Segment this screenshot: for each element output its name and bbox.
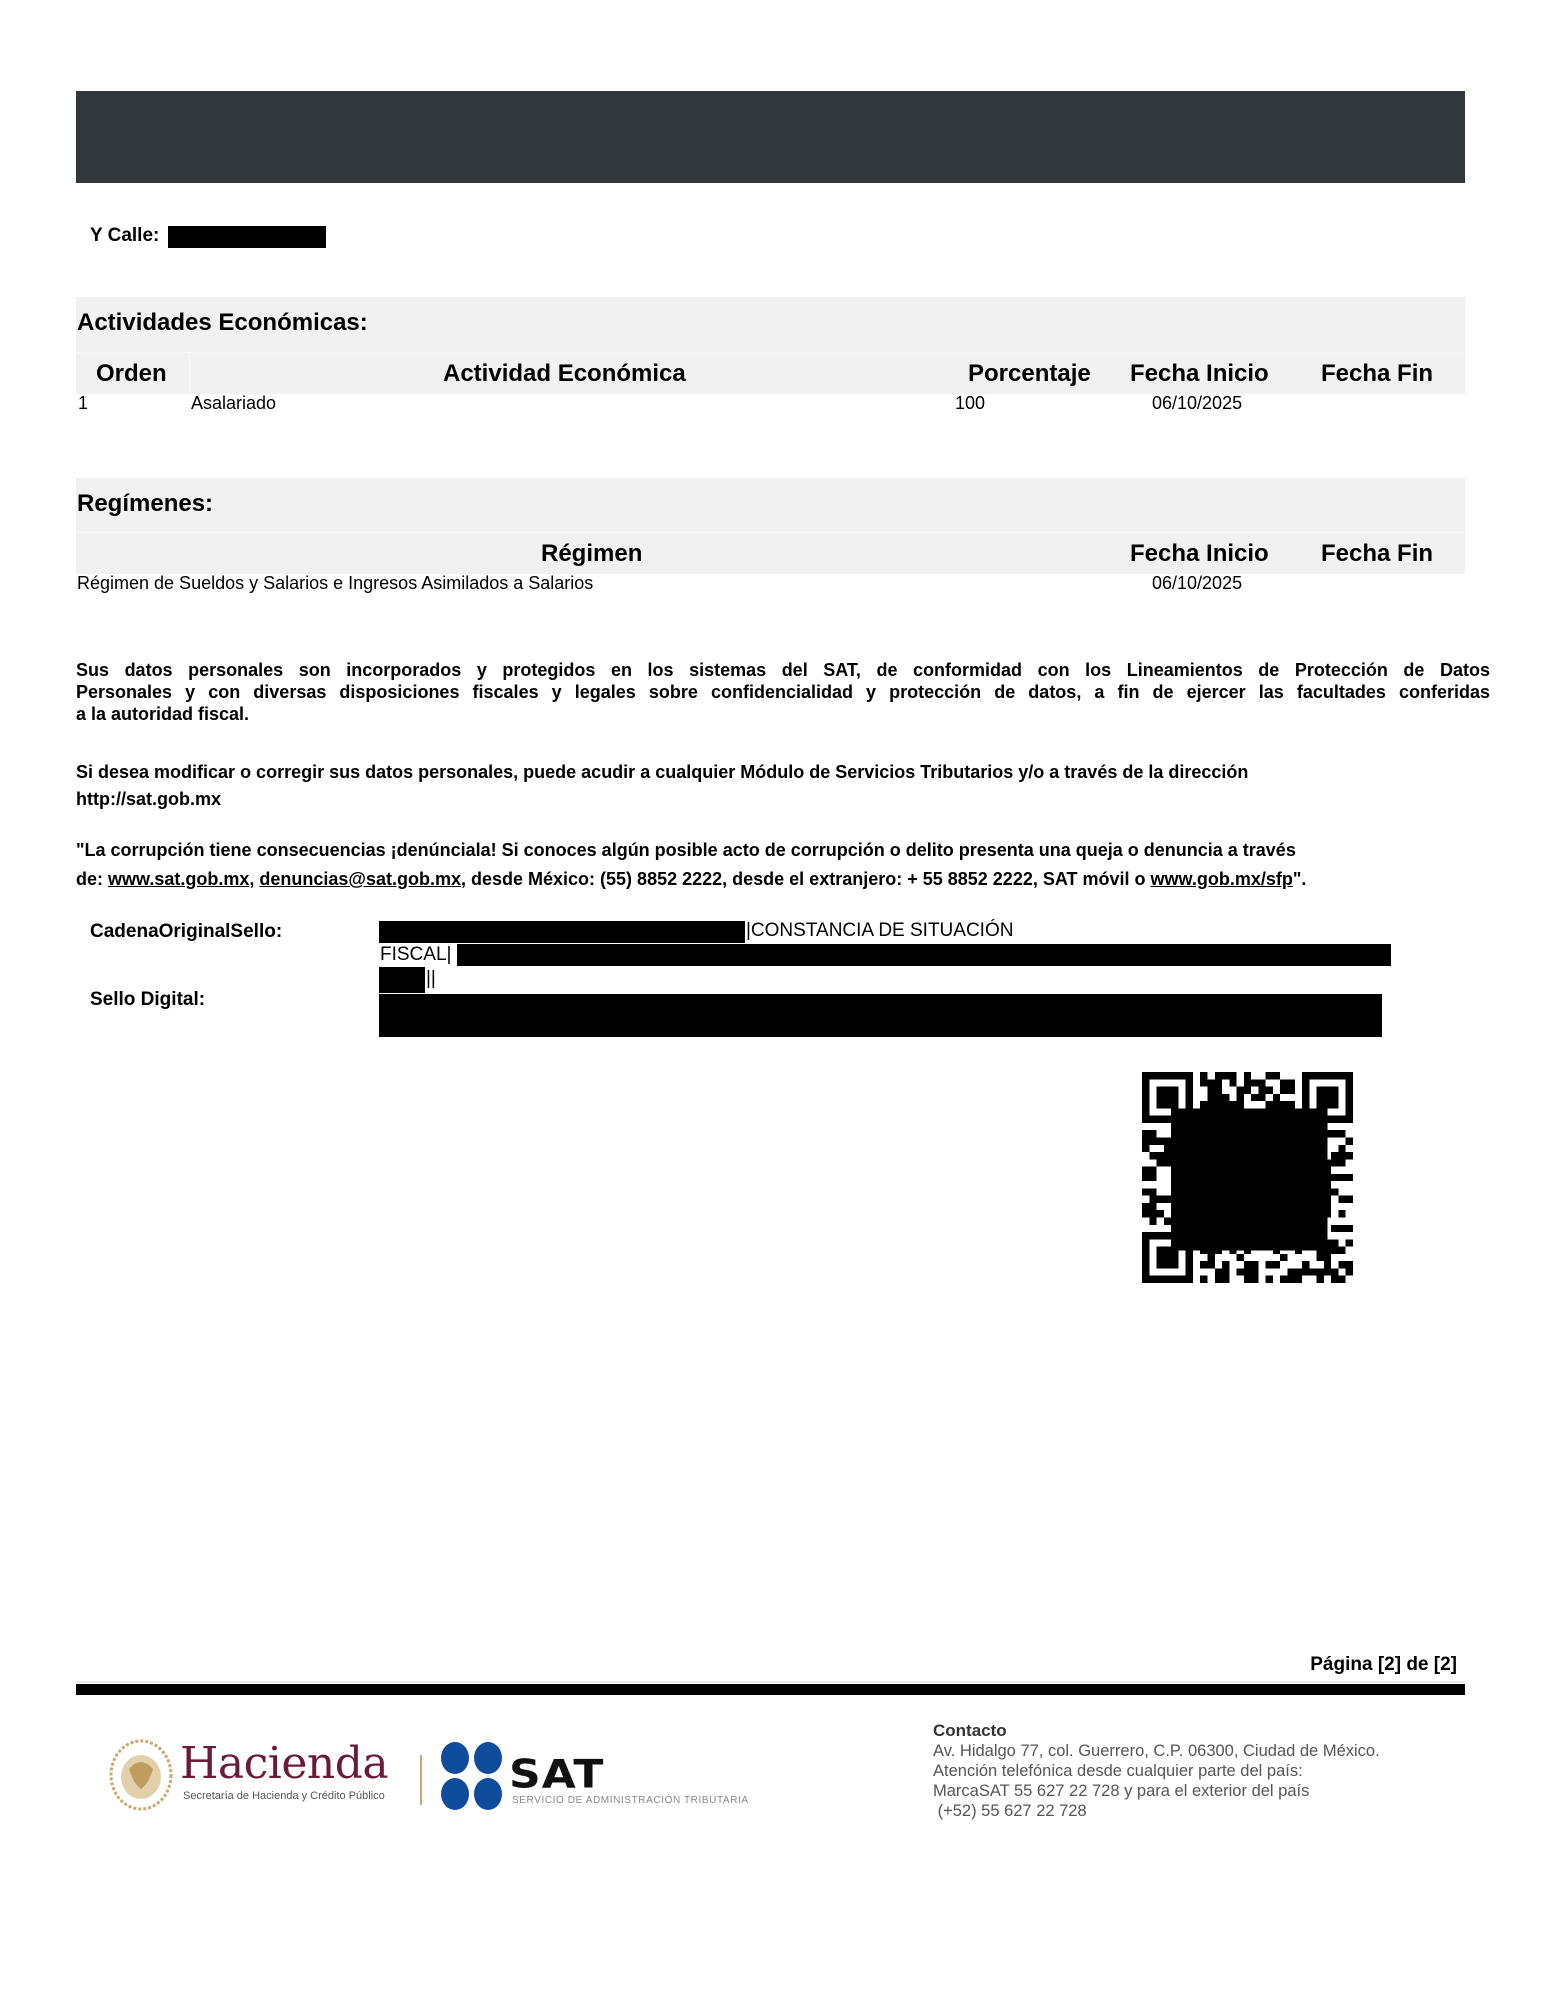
link-gob-sfp[interactable]: www.gob.mx/sfp: [1151, 869, 1293, 889]
hacienda-logo-text: Hacienda: [180, 1738, 388, 1789]
mexico-seal-icon: [109, 1739, 173, 1811]
cell-orden: 1: [78, 393, 88, 414]
page-number: Página [2] de [2]: [1290, 1654, 1457, 1676]
sello-label: Sello Digital:: [90, 989, 205, 1011]
cell-actividad: Asalariado: [191, 393, 276, 414]
modify-url[interactable]: http://sat.gob.mx: [76, 786, 1490, 813]
cell-fecha-inicio: 06/10/2025: [1152, 393, 1242, 414]
calle-label: Y Calle:: [90, 225, 159, 247]
contact-line-2: Atención telefónica desde cualquier part…: [933, 1762, 1303, 1781]
corruption-sep: ,: [249, 869, 259, 889]
corruption-notice: "La corrupción tiene consecuencias ¡denú…: [76, 836, 1490, 894]
actividades-title: Actividades Económicas:: [77, 309, 368, 337]
contact-line-1: Av. Hidalgo 77, col. Guerrero, C.P. 0630…: [933, 1742, 1380, 1761]
privacy-notice: Sus datos personales son incorporados y …: [76, 659, 1490, 725]
cadena-visible-2: FISCAL|: [380, 944, 451, 966]
logo-divider: [420, 1755, 422, 1805]
col-reg-fecha-fin: Fecha Fin: [1321, 540, 1433, 568]
col-fecha-inicio: Fecha Inicio: [1130, 360, 1269, 388]
col-reg-fecha-inicio: Fecha Inicio: [1130, 540, 1269, 568]
actividades-panel: Actividades Económicas: Orden Actividad …: [76, 297, 1465, 393]
sat-subtitle: SERVICIO DE ADMINISTRACIÓN TRIBUTARIA: [512, 1795, 749, 1806]
hacienda-subtitle: Secretaría de Hacienda y Crédito Público: [183, 1790, 385, 1802]
privacy-line-1: Sus datos personales son incorporados y …: [76, 659, 1490, 681]
actividades-header-row: Orden Actividad Económica Porcentaje Fec…: [76, 352, 1465, 394]
contact-line-4: (+52) 55 627 22 728: [933, 1802, 1087, 1821]
col-regimen: Régimen: [541, 540, 642, 568]
header-bar: [76, 91, 1465, 183]
sat-circles-icon: [440, 1741, 504, 1811]
cadena-visible-1: |CONSTANCIA DE SITUACIÓN: [746, 920, 1013, 942]
cadena-label: CadenaOriginalSello:: [90, 921, 282, 943]
modify-notice: Si desea modificar o corregir sus datos …: [76, 759, 1490, 813]
sello-redaction: [379, 994, 1382, 1037]
cell-reg-fecha-inicio: 06/10/2025: [1152, 573, 1242, 594]
cell-regimen: Régimen de Sueldos y Salarios e Ingresos…: [77, 573, 593, 594]
link-sat-gob[interactable]: www.sat.gob.mx: [108, 869, 249, 889]
regimenes-panel: Regímenes: Régimen Fecha Inicio Fecha Fi…: [76, 478, 1465, 573]
col-actividad: Actividad Económica: [443, 360, 686, 388]
contact-line-3: MarcaSAT 55 627 22 728 y para el exterio…: [933, 1782, 1309, 1801]
col-porcentaje: Porcentaje: [968, 360, 1091, 388]
sat-logo-text: SAT: [509, 1752, 604, 1798]
corruption-suffix: ".: [1293, 869, 1307, 889]
calle-value-redacted: [168, 226, 326, 248]
link-denuncias-email[interactable]: denuncias@sat.gob.mx: [259, 869, 461, 889]
cell-porcentaje: 100: [955, 393, 985, 414]
corruption-line-1: "La corrupción tiene consecuencias ¡denú…: [76, 836, 1490, 865]
cadena-redaction-3: [379, 967, 425, 993]
corruption-line-2: de: www.sat.gob.mx, denuncias@sat.gob.mx…: [76, 865, 1490, 894]
privacy-line-2: Personales y con diversas disposiciones …: [76, 681, 1490, 703]
regimenes-header-row: Régimen Fecha Inicio Fecha Fin: [76, 532, 1465, 574]
corruption-prefix: de:: [76, 869, 108, 889]
privacy-line-3: a la autoridad fiscal.: [76, 703, 1490, 725]
col-orden: Orden: [96, 360, 167, 388]
footer-rule-shadow: [76, 1681, 1465, 1683]
col-fecha-fin: Fecha Fin: [1321, 360, 1433, 388]
cadena-redaction-1: [379, 921, 745, 943]
qr-code-icon: [1142, 1072, 1353, 1283]
corruption-middle: , desde México: (55) 8852 2222, desde el…: [461, 869, 1151, 889]
contact-title: Contacto: [933, 1721, 1007, 1741]
cadena-redaction-2: [457, 944, 1391, 966]
regimenes-title: Regímenes:: [77, 490, 213, 518]
footer-rule: [76, 1684, 1465, 1695]
cadena-visible-3: ||: [426, 968, 436, 990]
modify-line-1: Si desea modificar o corregir sus datos …: [76, 759, 1490, 786]
